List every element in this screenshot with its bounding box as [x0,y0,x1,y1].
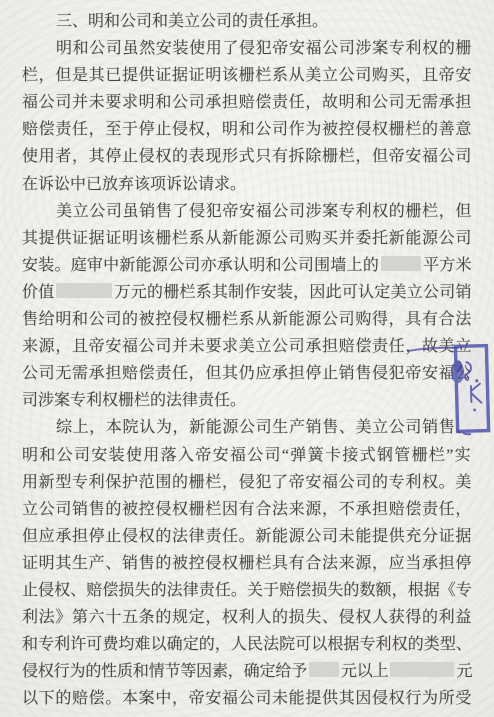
line-content: 以下的赔偿。本案中，帝安福公司未能提供其因侵权行为所受 [22,685,472,712]
text-segment: 明和公司安装使用落入帝安福公司“弹簧卡接式钢管栅栏”实 [22,447,472,464]
text-line: 栏，但是其已提供证据证明该栅栏系从美立公司购买，且帝安 [22,62,472,89]
line-content: 福公司并未要求明和公司承担赔偿责任，故明和公司无需承担 [22,89,472,116]
line-content: 使用者，其停止侵权的表现形式只有拆除栅栏，但帝安福公司 [22,143,472,170]
text-segment: 止侵权、赔偿损失的法律责任。关于赔偿损失的数额，根据《专 [22,582,472,599]
text-line: 综上，本院认为，新能源公司生产销售、美立公司销售、 [22,414,472,441]
text-line: 明和公司安装使用落入帝安福公司“弹簧卡接式钢管栅栏”实 [22,442,472,469]
text-segment: 安装。庭审中新能源公司亦承认明和公司围墙上的 [22,257,379,274]
line-content: 其提供证据证明该栅栏系从新能源公司购买并委托新能源公司 [22,225,472,252]
redaction-box [390,662,454,677]
text-segment: 证明其生产、销售的被控侵权栅栏具有合法来源，应当承担停 [22,555,472,572]
text-line: 来源，且帝安福公司并未要求美立公司承担赔偿责任，故美立 [22,333,472,360]
text-line: 安装。庭审中新能源公司亦承认明和公司围墙上的平方米 [22,252,472,279]
line-content: 美立公司虽销售了侵犯帝安福公司涉案专利权的栅栏，但 [56,198,472,225]
line-content: 司涉案专利权栅栏的法律责任。 [22,387,246,414]
line-content: 三、明和公司和美立公司的责任承担。 [56,8,328,35]
text-line: 但应承担停止侵权的法律责任。新能源公司未能提供充分证据 [22,523,472,550]
redaction-box [56,283,112,298]
text-segment: 美立公司虽销售了侵犯帝安福公司涉案专利权的栅栏，但 [56,203,472,220]
text-segment: 综上，本院认为，新能源公司生产销售、美立公司销售、 [56,419,472,436]
text-line: 售给明和公司的被控侵权栅栏系从新能源公司购得，具有合法 [22,306,472,333]
scanned-document-page: 三、明和公司和美立公司的责任承担。明和公司虽然安装使用了侵犯帝安福公司涉案专利权… [0,0,494,717]
line-content: 止侵权、赔偿损失的法律责任。关于赔偿损失的数额，根据《专 [22,577,472,604]
document-lines: 三、明和公司和美立公司的责任承担。明和公司虽然安装使用了侵犯帝安福公司涉案专利权… [22,8,472,712]
text-segment: 价值 [22,284,54,301]
line-content: 侵权行为的性质和情节等因素，确定给予元以上元 [22,658,472,685]
text-segment: 公司无需承担赔偿责任，但其仍应承担停止销售侵犯帝安福公 [22,365,472,382]
text-segment: 利法》第六十五条的规定，权利人的损失、侵权人获得的利益 [22,609,472,626]
line-content: 售给明和公司的被控侵权栅栏系从新能源公司购得，具有合法 [22,306,472,333]
text-segment: 但应承担停止侵权的法律责任。新能源公司未能提供充分证据 [22,528,472,545]
text-segment: 使用者，其停止侵权的表现形式只有拆除栅栏，但帝安福公司 [22,148,472,165]
text-segment: 司涉案专利权栅栏的法律责任。 [22,392,246,409]
text-line: 立公司销售的被控侵权栅栏因有合法来源，不承担赔偿责任， [22,496,472,523]
text-line: 公司无需承担赔偿责任，但其仍应承担停止销售侵犯帝安福公 [22,360,472,387]
text-line: 用新型专利保护范围的栅栏，侵犯了帝安福公司的专利权。美 [22,469,472,496]
text-line: 价值万元的栅栏系其制作安装，因此可认定美立公司销 [22,279,472,306]
line-content: 用新型专利保护范围的栅栏，侵犯了帝安福公司的专利权。美 [22,469,472,496]
text-segment: 元以上 [341,663,389,680]
text-segment: 栏，但是其已提供证据证明该栅栏系从美立公司购买，且帝安 [22,67,472,84]
text-segment: 平方米 [423,257,472,274]
line-content: 明和公司安装使用落入帝安福公司“弹簧卡接式钢管栅栏”实 [22,442,472,469]
text-line: 以下的赔偿。本案中，帝安福公司未能提供其因侵权行为所受 [22,685,472,712]
text-segment: 立公司销售的被控侵权栅栏因有合法来源，不承担赔偿责任， [22,501,472,518]
text-segment: 以下的赔偿。本案中，帝安福公司未能提供其因侵权行为所受 [22,690,472,707]
text-line: 证明其生产、销售的被控侵权栅栏具有合法来源，应当承担停 [22,550,472,577]
line-content: 立公司销售的被控侵权栅栏因有合法来源，不承担赔偿责任， [22,496,472,523]
line-content: 赔偿责任，至于停止侵权，明和公司作为被控侵权栅栏的善意 [22,116,472,143]
text-segment: 福公司并未要求明和公司承担赔偿责任，故明和公司无需承担 [22,94,472,111]
text-line: 和专利许可费均难以确定的，人民法院可以根据专利权的类型、 [22,631,472,658]
line-content: 综上，本院认为，新能源公司生产销售、美立公司销售、 [56,414,472,441]
line-content: 公司无需承担赔偿责任，但其仍应承担停止销售侵犯帝安福公 [22,360,472,387]
text-segment: 和专利许可费均难以确定的，人民法院可以根据专利权的类型、 [22,636,472,653]
line-content: 安装。庭审中新能源公司亦承认明和公司围墙上的平方米 [22,252,472,279]
text-line: 在诉讼中已放弃该项诉讼请求。 [22,171,472,198]
line-content: 利法》第六十五条的规定，权利人的损失、侵权人获得的利益 [22,604,472,631]
text-line: 赔偿责任，至于停止侵权，明和公司作为被控侵权栅栏的善意 [22,116,472,143]
text-line: 使用者，其停止侵权的表现形式只有拆除栅栏，但帝安福公司 [22,143,472,170]
text-segment: 来源，且帝安福公司并未要求美立公司承担赔偿责任，故美立 [22,338,472,355]
line-content: 明和公司虽然安装使用了侵犯帝安福公司涉案专利权的栅 [56,35,472,62]
text-segment: 明和公司虽然安装使用了侵犯帝安福公司涉案专利权的栅 [56,40,472,57]
text-line: 司涉案专利权栅栏的法律责任。 [22,387,472,414]
text-segment: 万元的栅栏系其制作安装，因此可认定美立公司销 [114,284,471,301]
line-content: 和专利许可费均难以确定的，人民法院可以根据专利权的类型、 [22,631,472,658]
text-segment: 其提供证据证明该栅栏系从新能源公司购买并委托新能源公司 [22,230,472,247]
line-content: 价值万元的栅栏系其制作安装，因此可认定美立公司销 [22,279,472,306]
text-segment: 三、明和公司和美立公司的责任承担。 [56,13,328,30]
line-content: 但应承担停止侵权的法律责任。新能源公司未能提供充分证据 [22,523,472,550]
line-content: 栏，但是其已提供证据证明该栅栏系从美立公司购买，且帝安 [22,62,472,89]
text-segment: 元 [456,663,472,680]
text-line: 美立公司虽销售了侵犯帝安福公司涉案专利权的栅栏，但 [22,198,472,225]
text-segment: 在诉讼中已放弃该项诉讼请求。 [22,176,246,193]
text-line: 侵权行为的性质和情节等因素，确定给予元以上元 [22,658,472,685]
text-segment: 侵权行为的性质和情节等因素，确定给予 [22,663,307,680]
text-segment: 售给明和公司的被控侵权栅栏系从新能源公司购得，具有合法 [22,311,472,328]
text-line: 明和公司虽然安装使用了侵犯帝安福公司涉案专利权的栅 [22,35,472,62]
text-line: 利法》第六十五条的规定，权利人的损失、侵权人获得的利益 [22,604,472,631]
line-content: 证明其生产、销售的被控侵权栅栏具有合法来源，应当承担停 [22,550,472,577]
text-line: 其提供证据证明该栅栏系从新能源公司购买并委托新能源公司 [22,225,472,252]
redaction-box [381,256,421,271]
text-segment: 用新型专利保护范围的栅栏，侵犯了帝安福公司的专利权。美 [22,474,472,491]
text-line: 福公司并未要求明和公司承担赔偿责任，故明和公司无需承担 [22,89,472,116]
text-line: 止侵权、赔偿损失的法律责任。关于赔偿损失的数额，根据《专 [22,577,472,604]
line-content: 来源，且帝安福公司并未要求美立公司承担赔偿责任，故美立 [22,333,472,360]
redaction-box [309,662,339,677]
text-segment: 赔偿责任，至于停止侵权，明和公司作为被控侵权栅栏的善意 [22,121,472,138]
section-heading: 三、明和公司和美立公司的责任承担。 [22,8,472,35]
line-content: 在诉讼中已放弃该项诉讼请求。 [22,171,246,198]
